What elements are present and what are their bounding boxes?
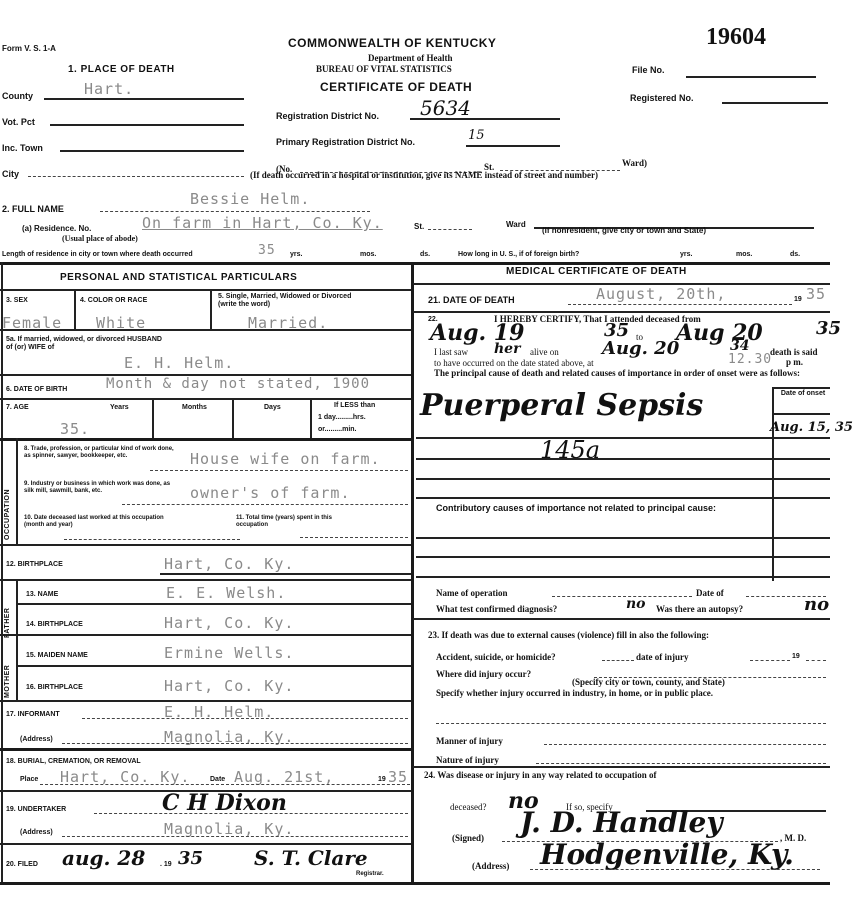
date-of-death-label: 21. DATE OF DEATH [428,295,515,305]
principal-cause-text: The principal cause of death and related… [434,368,829,378]
us-mos-label: mos. [736,251,752,259]
age-rule [0,438,411,441]
date-of-death-value: August, 20th, [596,285,726,303]
hospital-note: (If death occurred in a hospital or inst… [250,170,598,180]
primary-district-line [466,145,560,147]
principal-cause-value: Puerperal Sepsis [420,388,703,423]
form-number: Form V. S. 1-A [2,44,56,53]
mother-maiden-rule [18,665,411,667]
sex-label: 3. SEX [6,297,28,305]
center-divider [411,262,414,882]
residence-st-line [428,229,472,230]
registrar-signature: S. T. Clare [254,846,368,870]
age-days-divider [310,398,312,438]
burial-year-prefix: 19 [378,776,386,784]
county-label: County [2,91,33,101]
total-time-line [300,537,408,538]
occupation-side-divider [16,438,18,544]
registered-no-line [722,102,828,104]
cause-line-3 [416,478,830,480]
father-name-label: 13. NAME [26,591,58,599]
physician-address: Hodgenville, Ky. [540,838,794,871]
race-divider [210,289,212,329]
informant-rule [0,748,411,751]
file-no-label: File No. [632,65,665,75]
registration-district-label: Registration District No. [276,111,379,121]
attended-to: Aug 20 [676,320,763,346]
less-than-label: If LESS than [334,402,375,410]
undertaker-address-line [62,836,408,837]
accident-line [602,660,634,661]
father-name-rule [18,603,411,605]
contributory-line-1 [416,537,830,539]
city-line [28,176,244,177]
signed-label: (Signed) [452,833,484,843]
trade-line [150,470,408,471]
spouse-value: E. H. Helm. [124,354,234,372]
mother-birthplace-label: 16. BIRTHPLACE [26,684,83,692]
county-line [44,98,244,100]
undertaker-label: 19. UNDERTAKER [6,806,66,814]
address-label: (Address) [472,861,509,871]
informant-label: 17. INFORMANT [6,711,60,719]
injury-year-line [806,660,826,661]
father-birthplace-value: Hart, Co. Ky. [164,614,294,632]
county-value: Hart. [84,80,134,98]
occurred-text: to have occurred on the date stated abov… [434,358,594,368]
cause-line-4 [416,497,830,499]
occupation-side-label: OCCUPATION [4,450,11,540]
cause-line-1 [416,437,830,439]
mother-side-label: MOTHER [4,646,11,698]
deceased-label: deceased? [450,802,486,812]
dob-label: 6. DATE OF BIRTH [6,386,67,394]
father-rule [0,634,411,636]
onset-divider [772,387,774,581]
death-said-text: death is said [770,347,818,357]
onset-top-rule [772,387,830,389]
occupation-rule [0,544,411,546]
certify-text: I HEREBY CERTIFY, That I attended deceas… [494,314,701,324]
accident-label: Accident, suicide, or homicide? [436,652,556,662]
nonresident-note: (If nonresident, give city or town and S… [542,226,706,235]
autopsy-value: no [804,594,829,615]
full-name-line [100,211,370,212]
residence-value: On farm in Hart, Co. Ky. [142,214,383,232]
certificate-number: 19604 [706,24,766,51]
residence-label: (a) Residence. No. [22,224,91,233]
full-name-label: 2. FULL NAME [2,204,64,214]
mother-birthplace-value: Hart, Co. Ky. [164,677,294,695]
nature-label: Nature of injury [436,755,499,765]
certificate-title: CERTIFICATE OF DEATH [320,80,472,94]
age-days-label: Days [264,404,281,412]
operation-date-label: Date of [696,588,724,598]
last-worked-label: 10. Date deceased last worked at this oc… [24,515,174,529]
manner-label: Manner of injury [436,736,503,746]
department-label: Department of Health [368,53,452,63]
occupation-related-label: 24. Was disease or injury in any way rel… [424,770,657,780]
birthplace-value: Hart, Co. Ky. [164,555,294,573]
alive-on-label: alive on [530,347,559,357]
date-of-death-line [568,304,792,305]
contributory-label: Contributory causes of importance not re… [436,503,756,513]
sex-divider [74,289,76,329]
usual-abode-note: (Usual place of abode) [62,234,138,243]
specify-label: Specify whether injury occurred in indus… [436,688,830,698]
informant-address-label: (Address) [20,736,53,744]
test-value: no [626,596,646,612]
father-name-value: E. E. Welsh. [166,584,286,602]
age-years-value: 35. [60,420,90,438]
onset-date-value: Aug. 15, 35 [770,420,853,435]
length-yrs-label: yrs. [290,251,302,259]
registration-district-line [410,118,560,120]
vot-pct-label: Vot. Pct [2,117,35,127]
last-saw-who: her [494,341,520,357]
where-label: Where did injury occur? [436,669,531,679]
informant-line [82,718,408,719]
marital-label: 5. Single, Married, Widowed or Divorced … [218,293,368,309]
medical-heading: MEDICAL CERTIFICATE OF DEATH [506,266,687,277]
mother-maiden-label: 15. MAIDEN NAME [26,652,88,660]
death-time-suffix: p m. [786,357,803,367]
personal-heading-rule [0,289,411,291]
inc-town-label: Inc. Town [2,143,43,153]
burial-date-label: Date [210,776,225,784]
specify-line [436,723,826,724]
date-injury-line [750,660,790,661]
onset-label-rule [772,413,830,415]
length-mos-label: mos. [360,251,376,259]
filed-date: aug. 28 [62,846,145,870]
address-ward-label: Ward) [622,158,647,168]
primary-district-label: Primary Registration District No. [276,137,415,147]
burial-place-label: Place [20,776,38,784]
age-months-divider [232,398,234,438]
physician-address-line [530,869,820,870]
injury-year-prefix: 19 [792,653,800,661]
physician-signature: J. D. Handley [520,806,723,839]
cause-line-2 [416,458,830,460]
age-years-label: Years [110,404,129,412]
primary-district-value: 15 [468,128,485,143]
where-note: (Specify city or town, county, and State… [572,677,725,687]
date-injury-label: date of injury [636,652,689,662]
contributory-line-3 [416,576,830,578]
race-label: 4. COLOR OR RACE [80,297,147,305]
age-label: 7. AGE [6,404,29,412]
us-yrs-label: yrs. [680,251,692,259]
undertaker-line [94,813,408,814]
date-of-death-rule [413,311,830,313]
last-saw-text: I last saw [434,347,468,357]
residence-bottom-rule [0,262,830,265]
last-worked-line [64,539,240,540]
spouse-label: 5a. If married, widowed, or divorced HUS… [6,336,166,352]
vot-pct-line [50,124,244,126]
residence-st-label: St. [414,222,424,231]
informant-address-line [62,743,408,744]
dob-value: Month & day not stated, 1900 [106,376,370,392]
mother-maiden-value: Ermine Wells. [164,644,294,662]
length-residence-years: 35 [258,243,276,258]
death-year-prefix: 19 [794,296,802,304]
state-title: COMMONWEALTH OF KENTUCKY [288,36,496,50]
filed-year: 35 [178,848,203,869]
alive-on-date: Aug. 20 [602,338,679,359]
undertaker-address-label: (Address) [20,829,53,837]
burial-line [40,784,410,785]
nature-rule [413,766,830,768]
how-long-us-label: How long in U. S., if of foreign birth? [458,251,579,259]
industry-line [122,504,408,505]
personal-heading: PERSONAL AND STATISTICAL PARTICULARS [60,272,297,283]
father-birthplace-label: 14. BIRTHPLACE [26,621,83,629]
length-residence-label: Length of residence in city or town wher… [2,251,193,259]
city-label: City [2,169,19,179]
filed-label: 20. FILED [6,861,38,869]
date-of-onset-label: Date of onset [780,390,826,398]
undertaker-rule [0,843,411,845]
death-time: 12.30 [728,352,772,367]
birthplace-line [160,573,411,575]
dob-rule [0,398,411,400]
residence-ward-label: Ward [506,220,526,229]
inc-town-line [60,150,244,152]
marital-rule [0,329,411,331]
bureau-label: BUREAU OF VITAL STATISTICS [316,64,452,74]
parents-side-divider [16,579,18,700]
father-side-label: FATHER [4,586,11,638]
trade-value: House wife on farm. [190,450,381,468]
registration-district-value: 5634 [420,96,471,120]
one-day-label: 1 day.........hrs. [318,414,366,422]
industry-value: owner's of farm. [190,484,351,502]
left-border [1,262,3,882]
autopsy-label: Was there an autopsy? [656,604,743,614]
attended-to-year: 35 [816,318,841,339]
place-of-death-heading: 1. PLACE OF DEATH [68,64,175,75]
filed-year-prefix: . 19 [160,861,172,869]
manner-line [544,744,826,745]
external-causes-label: 23. If death was due to external causes … [428,630,828,640]
operation-rule [413,618,830,620]
registrar-label: Registrar. [356,870,384,878]
total-time-label: 11. Total time (years) spent in this occ… [236,515,336,529]
operation-label: Name of operation [436,588,508,598]
birthplace-rule [0,579,411,581]
file-no-line [686,76,816,78]
mother-rule [0,700,411,702]
burial-label: 18. BURIAL, CREMATION, OR REMOVAL [6,758,141,766]
bottom-rule [0,882,830,885]
birthplace-label: 12. BIRTHPLACE [6,561,63,569]
us-ds-label: ds. [790,251,800,259]
or-min-label: or.........min. [318,426,357,434]
age-years-divider [152,398,154,438]
contributory-line-2 [416,556,830,558]
trade-label: 8. Trade, profession, or particular kind… [24,446,174,460]
nature-line [536,763,826,764]
age-months-label: Months [182,404,207,412]
test-label: What test confirmed diagnosis? [436,604,557,614]
registered-no-label: Registered No. [630,93,694,103]
full-name-value: Bessie Helm. [190,190,310,208]
industry-label: 9. Industry or business in which work wa… [24,481,174,495]
length-ds-label: ds. [420,251,430,259]
death-year-value: 35 [806,285,826,303]
operation-line [552,596,692,597]
